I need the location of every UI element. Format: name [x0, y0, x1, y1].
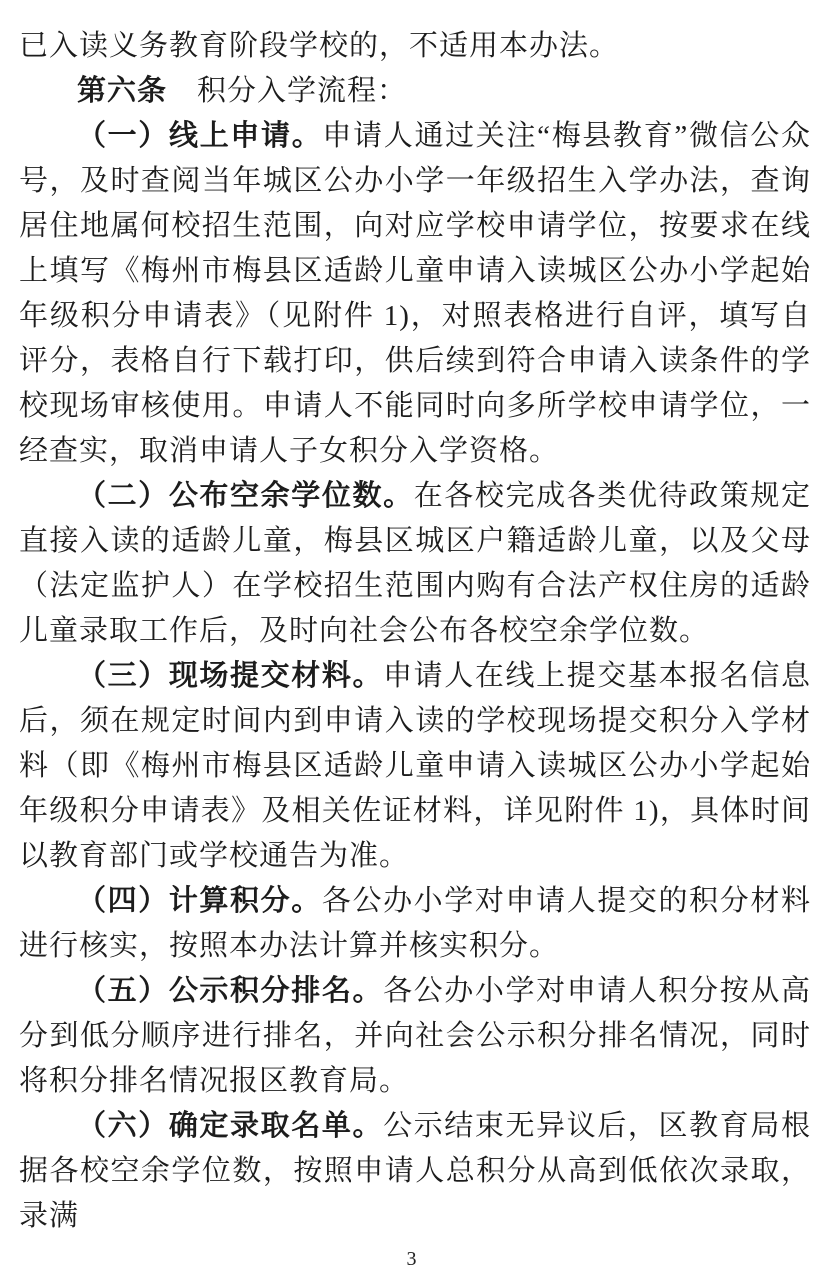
paragraph-text: 申请人通过关注“梅县教育”微信公众号，及时查阅当年城区公办小学一年级招生入学办法… — [19, 120, 811, 467]
paragraph: （六）确定录取名单。公示结束无异议后，区教育局根据各校空余学位数，按照申请人总积… — [19, 1104, 811, 1239]
document-page: 已入读义务教育阶段学校的，不适用本办法。第六条 积分入学流程：（一）线上申请。申… — [0, 0, 823, 1279]
paragraph-text: 已入读义务教育阶段学校的，不适用本办法。 — [19, 30, 619, 62]
page-number: 3 — [0, 1247, 823, 1271]
paragraph: （三）现场提交材料。申请人在线上提交基本报名信息后，须在规定时间内到申请入读的学… — [19, 654, 811, 879]
paragraph-lead: （四）计算积分。 — [77, 885, 322, 917]
paragraph-text: 积分入学流程： — [167, 75, 407, 107]
paragraph-lead: （六）确定录取名单。 — [77, 1110, 383, 1142]
paragraph: 第六条 积分入学流程： — [19, 69, 811, 114]
paragraph: （一）线上申请。申请人通过关注“梅县教育”微信公众号，及时查阅当年城区公办小学一… — [19, 114, 811, 474]
paragraph-lead: 第六条 — [77, 75, 167, 107]
paragraph-lead: （一）线上申请。 — [77, 120, 322, 152]
document-body: 已入读义务教育阶段学校的，不适用本办法。第六条 积分入学流程：（一）线上申请。申… — [19, 24, 811, 1239]
paragraph: （二）公布空余学位数。在各校完成各类优待政策规定直接入读的适龄儿童，梅县区城区户… — [19, 474, 811, 654]
paragraph-lead: （五）公示积分排名。 — [77, 975, 383, 1007]
paragraph: 已入读义务教育阶段学校的，不适用本办法。 — [19, 24, 811, 69]
paragraph: （五）公示积分排名。各公办小学对申请人积分按从高分到低分顺序进行排名，并向社会公… — [19, 969, 811, 1104]
paragraph: （四）计算积分。各公办小学对申请人提交的积分材料进行核实，按照本办法计算并核实积… — [19, 879, 811, 969]
paragraph-lead: （二）公布空余学位数。 — [77, 480, 414, 512]
paragraph-lead: （三）现场提交材料。 — [77, 660, 383, 692]
